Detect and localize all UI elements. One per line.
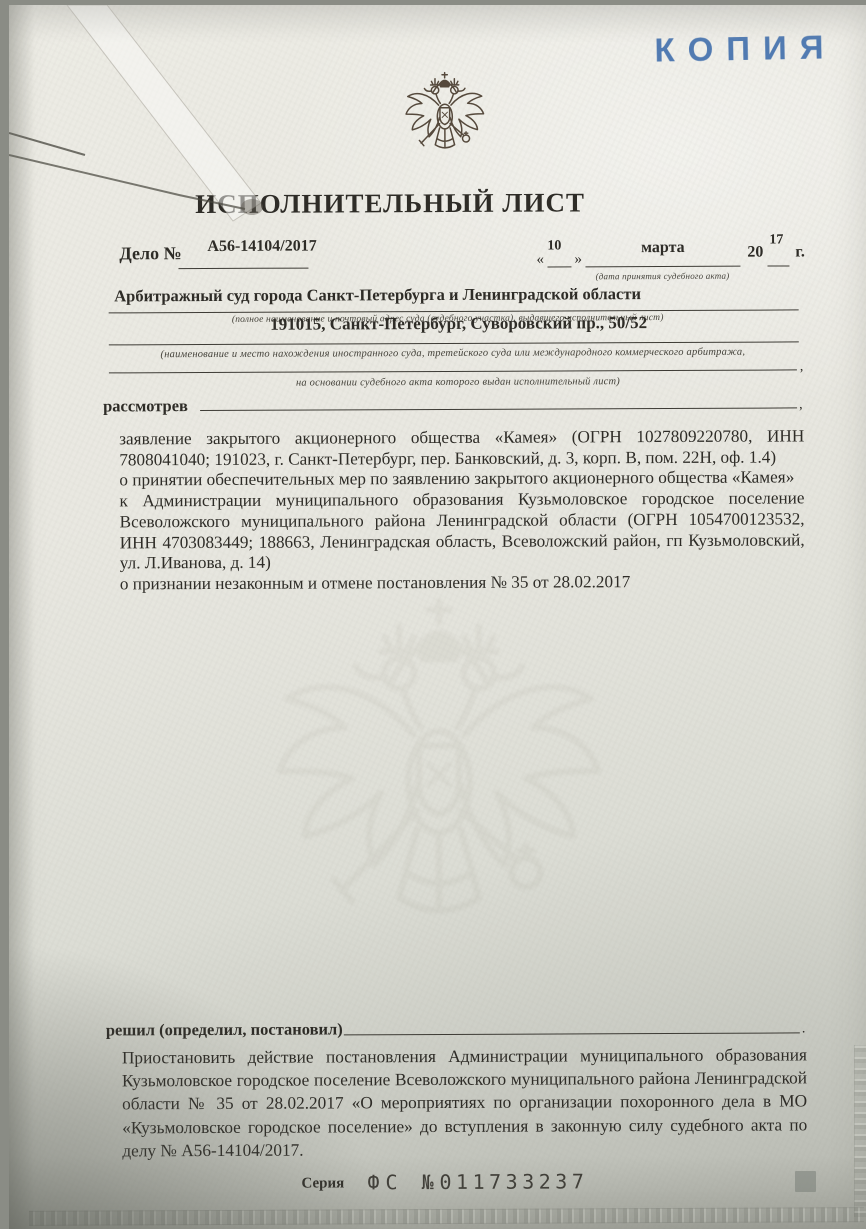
series-code: ФС №	[367, 1170, 439, 1194]
considered-line-comma: ,	[799, 397, 803, 413]
resolution-line-period: .	[802, 1021, 806, 1037]
foreign-court-caption: (наименование и место нахождения иностра…	[98, 346, 808, 360]
scanned-document-photo: КОПИЯ ИСПОЛНИТЕЛЬНЫЙ ЛИСТ Дело № А56-141…	[0, 0, 866, 1229]
series-number: 011733237	[439, 1169, 588, 1194]
series-label: Серия	[301, 1175, 344, 1192]
case-number-label: Дело №	[119, 243, 181, 264]
case-number-underline	[178, 268, 308, 270]
basis-underline	[109, 369, 797, 373]
body-paragraph: заявление закрытого акционерного обществ…	[119, 426, 804, 470]
body-paragraph: к Администрации муниципального образован…	[119, 489, 804, 575]
date-quote-open: «	[536, 252, 544, 269]
considered-paragraphs: заявление закрытого акционерного обществ…	[119, 426, 805, 595]
resolution-text: Приостановить действие постановления Адм…	[122, 1043, 807, 1162]
tape-staple-artifact	[9, 5, 289, 240]
paper-sheet: КОПИЯ ИСПОЛНИТЕЛЬНЫЙ ЛИСТ Дело № А56-141…	[9, 5, 866, 1229]
date-month-underline	[585, 266, 740, 268]
right-border-ornament	[854, 1045, 866, 1217]
case-number-value: А56-14104/2017	[207, 238, 316, 256]
date-caption: (дата принятия судебного акта)	[584, 271, 740, 282]
basis-caption: на основании судебного акта которого выд…	[148, 376, 768, 390]
date-year-prefix: 20	[747, 244, 763, 262]
coat-of-arms-icon	[401, 69, 489, 173]
resolution-label: решил (определил, постановил)	[106, 1019, 343, 1040]
court-address: 191015, Санкт-Петербург, Суворовский пр.…	[158, 313, 760, 336]
considered-underline	[200, 407, 797, 411]
body-paragraph: о принятии обеспечительных мер по заявле…	[119, 468, 804, 492]
address-underline	[109, 341, 799, 345]
court-name: Арбитражный суд города Санкт-Петербурга …	[8, 284, 748, 307]
date-day-underline	[547, 266, 571, 267]
date-month-value: марта	[585, 239, 740, 258]
date-quote-close: »	[574, 251, 582, 268]
basis-line-comma: ,	[800, 359, 804, 375]
date-day-value: 10	[547, 238, 561, 254]
scan-square-artifact	[795, 1171, 816, 1192]
date-year-underline	[767, 265, 789, 266]
date-year-suffix: г.	[795, 243, 805, 261]
considered-label: рассмотрев	[103, 396, 188, 416]
resolution-underline	[344, 1032, 800, 1035]
copy-stamp: КОПИЯ	[654, 28, 866, 70]
body-paragraph: о признании незаконным и отмене постанов…	[120, 571, 805, 595]
date-year-value: 17	[769, 232, 783, 248]
